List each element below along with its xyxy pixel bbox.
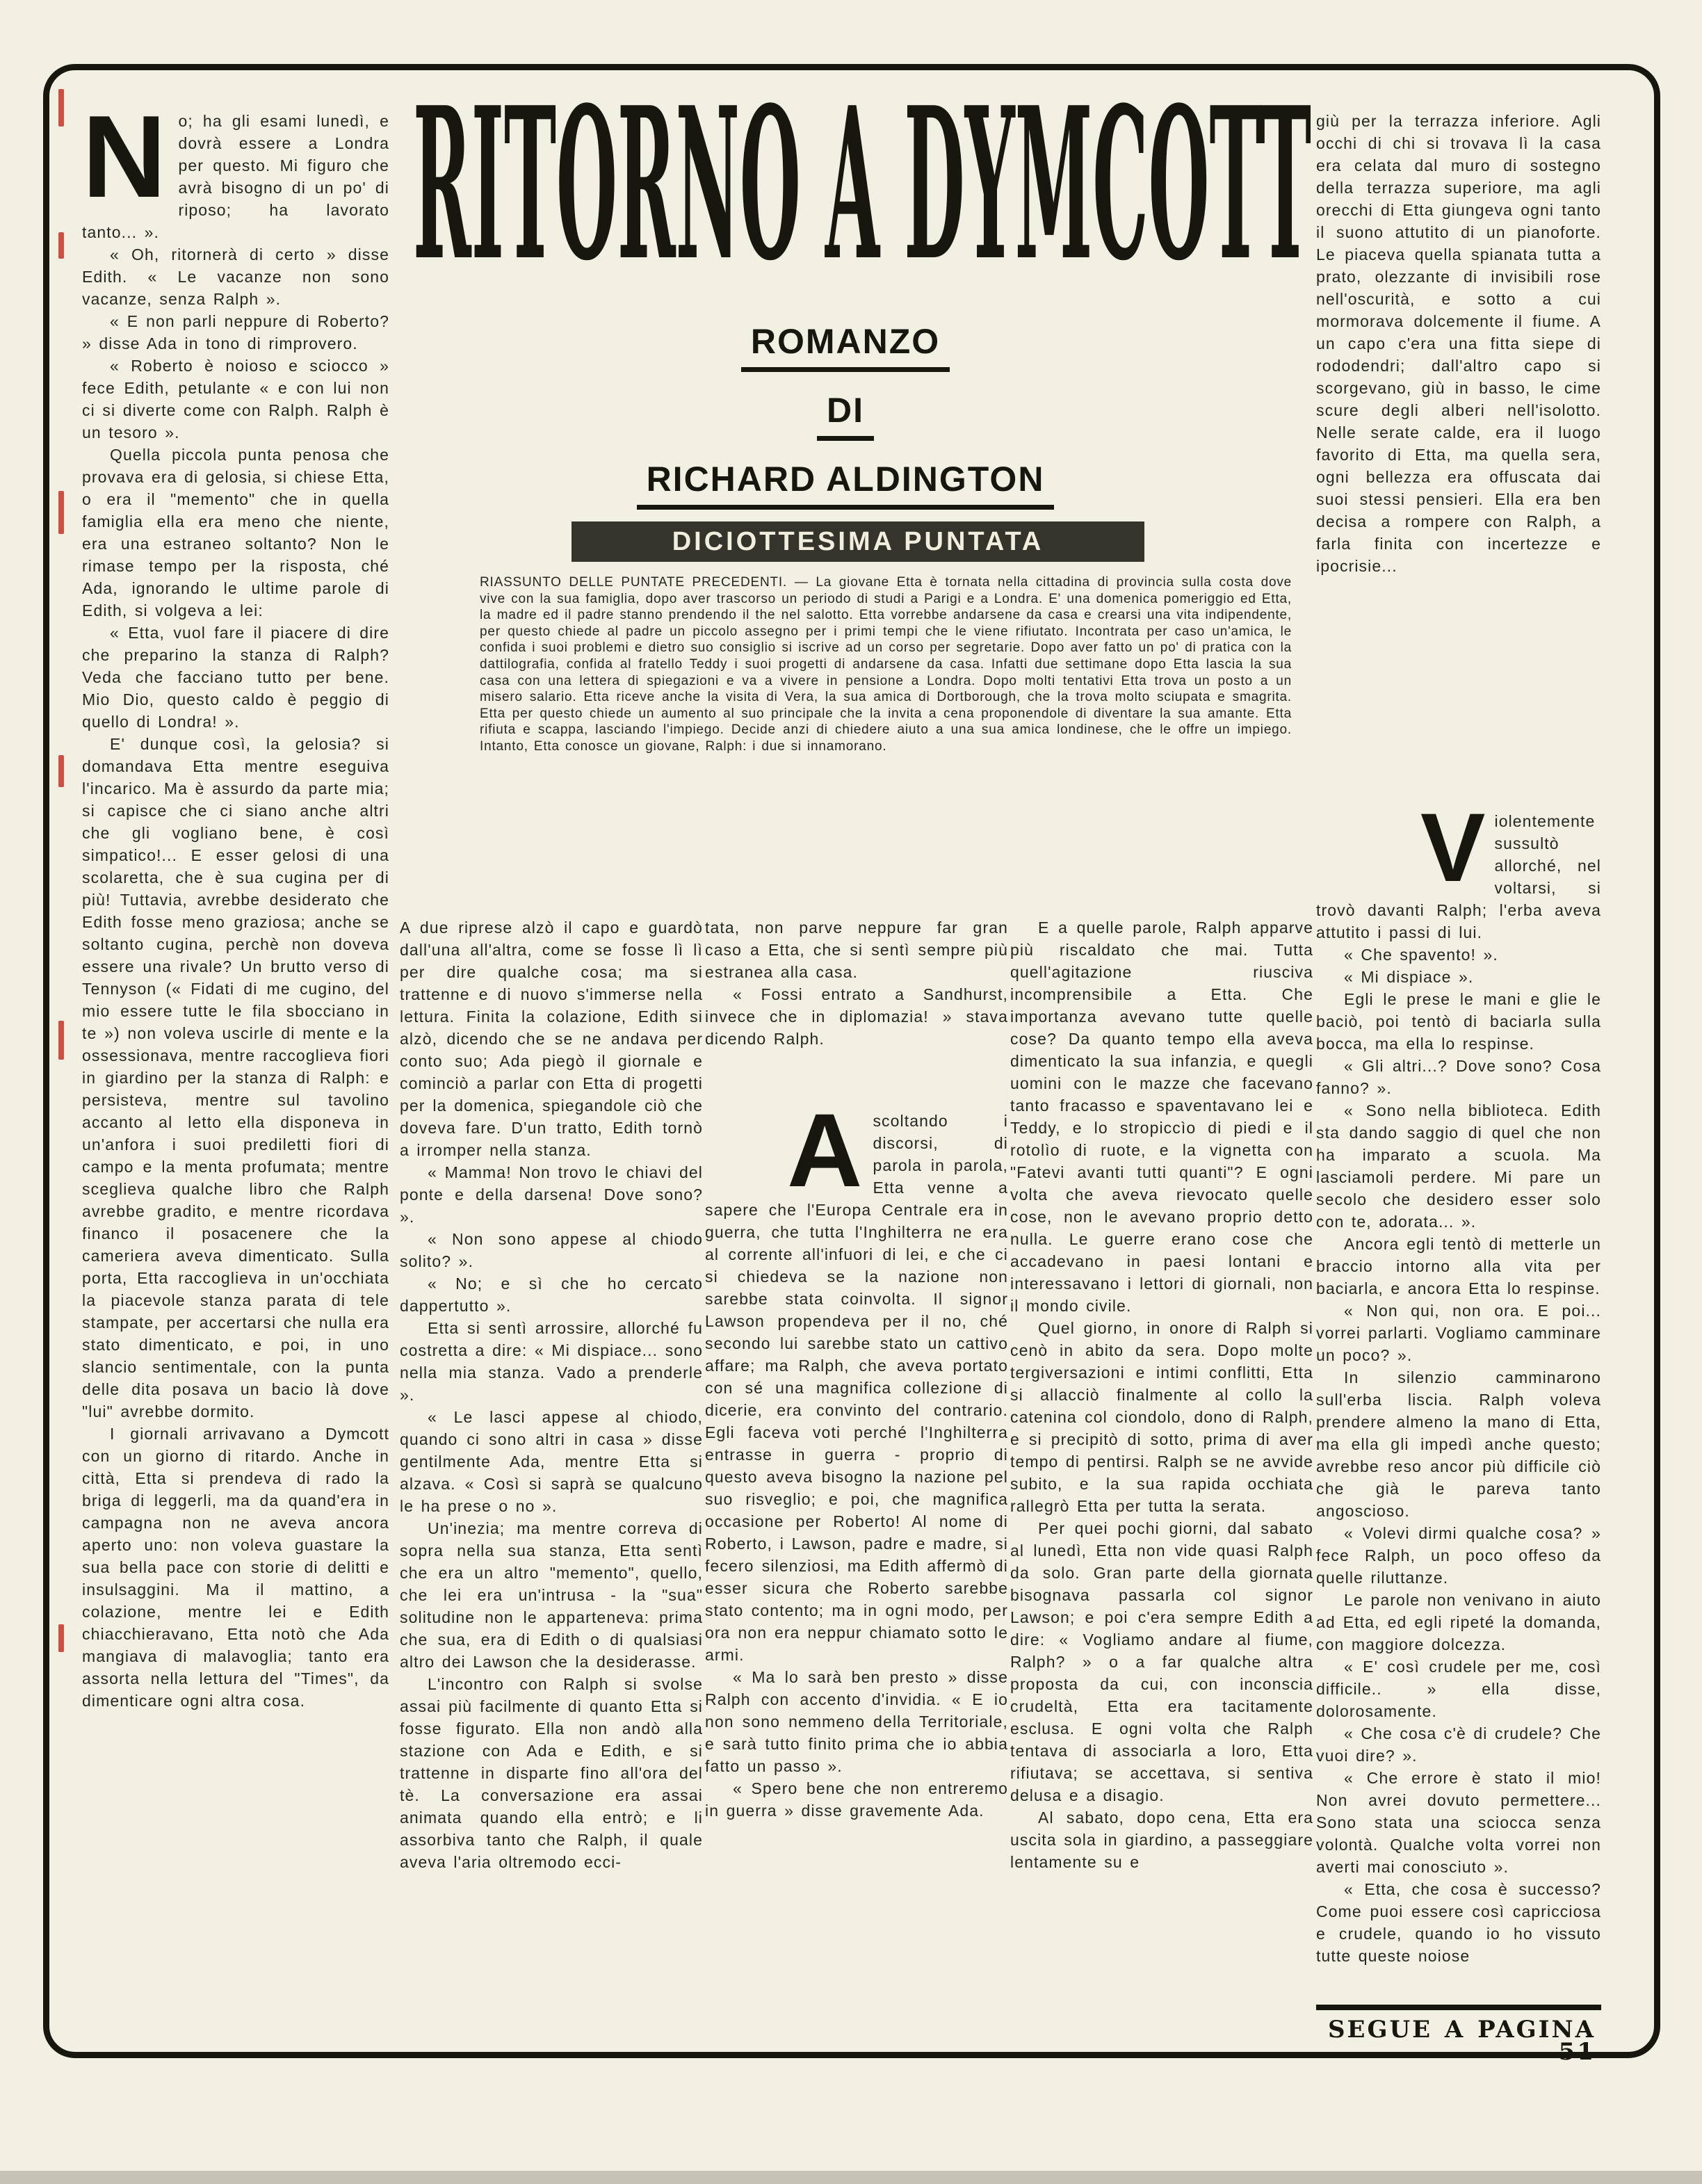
story-paragraph: « Spero bene che non entreremo in guerra…	[705, 1777, 1008, 1822]
story-column-1: No; ha gli esami lunedì, e dovrà essere …	[82, 110, 389, 1712]
story-paragraph: « Oh, ritornerà di certo » disse Edith. …	[82, 243, 389, 310]
byline-line-3: RICHARD ALDINGTON	[637, 459, 1055, 510]
story-paragraph: Quella piccola punta penosa che provava …	[82, 444, 389, 622]
story-title-lettering: RITORNO A DYMCOTT	[412, 82, 1315, 285]
recap-text: — La giovane Etta è tornata nella cittad…	[480, 575, 1292, 754]
story-paragraph: « Non qui, non ora. E poi... vorrei parl…	[1316, 1300, 1601, 1366]
print-artifact	[58, 1021, 64, 1060]
story-column-4: E a quelle parole, Ralph apparve più ris…	[1010, 916, 1313, 1873]
installment-banner: DICIOTTESIMA PUNTATA	[572, 521, 1144, 562]
story-paragraph: giù per la terrazza inferiore. Agli occh…	[1316, 110, 1601, 577]
story-paragraph: Violentemente sussultò allorché, nel vol…	[1316, 810, 1601, 944]
story-paragraph: Un'inezia; ma mentre correva di sopra ne…	[400, 1517, 703, 1673]
print-artifact	[58, 89, 64, 127]
recap-paragraph: RIASSUNTO DELLE PUNTATE PRECEDENTI. — La…	[480, 574, 1292, 755]
byline-line-2: DI	[817, 390, 874, 441]
drop-cap-A: A	[787, 1111, 863, 1189]
print-artifact	[58, 232, 64, 259]
story-paragraph: Quel giorno, in onore di Ralph si cenò i…	[1010, 1317, 1313, 1517]
story-paragraph: No; ha gli esami lunedì, e dovrà essere …	[82, 110, 389, 243]
story-paragraph: « Che errore è stato il mio! Non avrei d…	[1316, 1767, 1601, 1878]
story-paragraph: Per quei pochi giorni, dal sabato al lun…	[1010, 1517, 1313, 1806]
story-column-5-bottom: Violentemente sussultò allorché, nel vol…	[1316, 810, 1601, 2063]
drop-cap-V: V	[1420, 811, 1486, 884]
print-artifact	[58, 1624, 64, 1652]
story-paragraph: « Che cosa c'è di crudele? Che vuoi dire…	[1316, 1722, 1601, 1767]
story-paragraph: « Mamma! Non trovo le chiavi del ponte e…	[400, 1161, 703, 1228]
story-paragraph: « No; e sì che ho cercato dappertutto ».	[400, 1272, 703, 1317]
story-paragraph: « Etta, vuol fare il piacere di dire che…	[82, 622, 389, 733]
scan-edge	[0, 2171, 1702, 2184]
drop-cap-N: N	[82, 113, 167, 200]
story-paragraph: Le parole non venivano in aiuto ad Etta,…	[1316, 1589, 1601, 1656]
story-paragraph: « Mi dispiace ».	[1316, 966, 1601, 988]
print-artifact	[58, 755, 64, 787]
story-paragraph: « E non parli neppure di Roberto? » diss…	[82, 310, 389, 355]
byline: ROMANZO DI RICHARD ALDINGTON	[598, 321, 1093, 528]
story-paragraph: Ascoltando i discorsi, di parola in paro…	[705, 1110, 1008, 1666]
installment-banner-text: DICIOTTESIMA PUNTATA	[672, 527, 1044, 557]
story-paragraph: « E' così crudele per me, così difficile…	[1316, 1656, 1601, 1722]
story-column-3: tata, non parve neppure far gran caso a …	[705, 916, 1008, 1822]
story-paragraph: « Fossi entrato a Sandhurst, invece che …	[705, 983, 1008, 1050]
story-column-5-top: giù per la terrazza inferiore. Agli occh…	[1316, 110, 1601, 577]
story-paragraph: In silenzio camminarono sull'erba liscia…	[1316, 1366, 1601, 1522]
continuation-notice: SEGUE A PAGINA 51	[1316, 2005, 1601, 2063]
story-paragraph: Ancora egli tentò di metterle un braccio…	[1316, 1233, 1601, 1300]
story-paragraph: tata, non parve neppure far gran caso a …	[705, 916, 1008, 983]
story-paragraph: « Le lasci appese al chiodo, quando ci s…	[400, 1406, 703, 1517]
story-paragraph: « Non sono appese al chiodo solito? ».	[400, 1228, 703, 1272]
story-paragraph: Egli le prese le mani e glie le baciò, p…	[1316, 988, 1601, 1055]
story-paragraph: E a quelle parole, Ralph apparve più ris…	[1010, 916, 1313, 1317]
story-paragraph: E' dunque così, la gelosia? si domandava…	[82, 733, 389, 1423]
story-paragraph: « Che spavento! ».	[1316, 944, 1601, 966]
story-paragraph: « Sono nella biblioteca. Edith sta dando…	[1316, 1099, 1601, 1233]
story-paragraph: « Etta, che cosa è successo? Come puoi e…	[1316, 1878, 1601, 1967]
byline-line-1: ROMANZO	[741, 321, 950, 372]
story-title-text: RITORNO A DYMCOTT	[413, 82, 1311, 285]
story-paragraph: I giornali arrivavano a Dymcott con un g…	[82, 1423, 389, 1712]
story-paragraph: « Gli altri...? Dove sono? Cosa fanno? »…	[1316, 1055, 1601, 1099]
story-paragraph: A due riprese alzò il capo e guardò dall…	[400, 916, 703, 1161]
story-paragraph: L'incontro con Ralph si svolse assai più…	[400, 1673, 703, 1873]
print-artifact	[58, 491, 64, 534]
story-paragraph: « Volevi dirmi qualche cosa? » fece Ralp…	[1316, 1522, 1601, 1589]
magazine-page: { "colors":{ "paper":"#f2efe3", "ink":"#…	[0, 0, 1702, 2184]
story-paragraph: Al sabato, dopo cena, Etta era uscita so…	[1010, 1806, 1313, 1873]
story-paragraph: Etta si sentì arrossire, allorché fu cos…	[400, 1317, 703, 1406]
recap-label: RIASSUNTO DELLE PUNTATE PRECEDENTI.	[480, 575, 787, 590]
story-paragraph: « Ma lo sarà ben presto » disse Ralph co…	[705, 1666, 1008, 1777]
story-title: RITORNO A DYMCOTT	[412, 82, 1315, 285]
story-paragraph: « Roberto è noioso e sciocco » fece Edit…	[82, 355, 389, 444]
story-column-2: A due riprese alzò il capo e guardò dall…	[400, 916, 703, 1873]
